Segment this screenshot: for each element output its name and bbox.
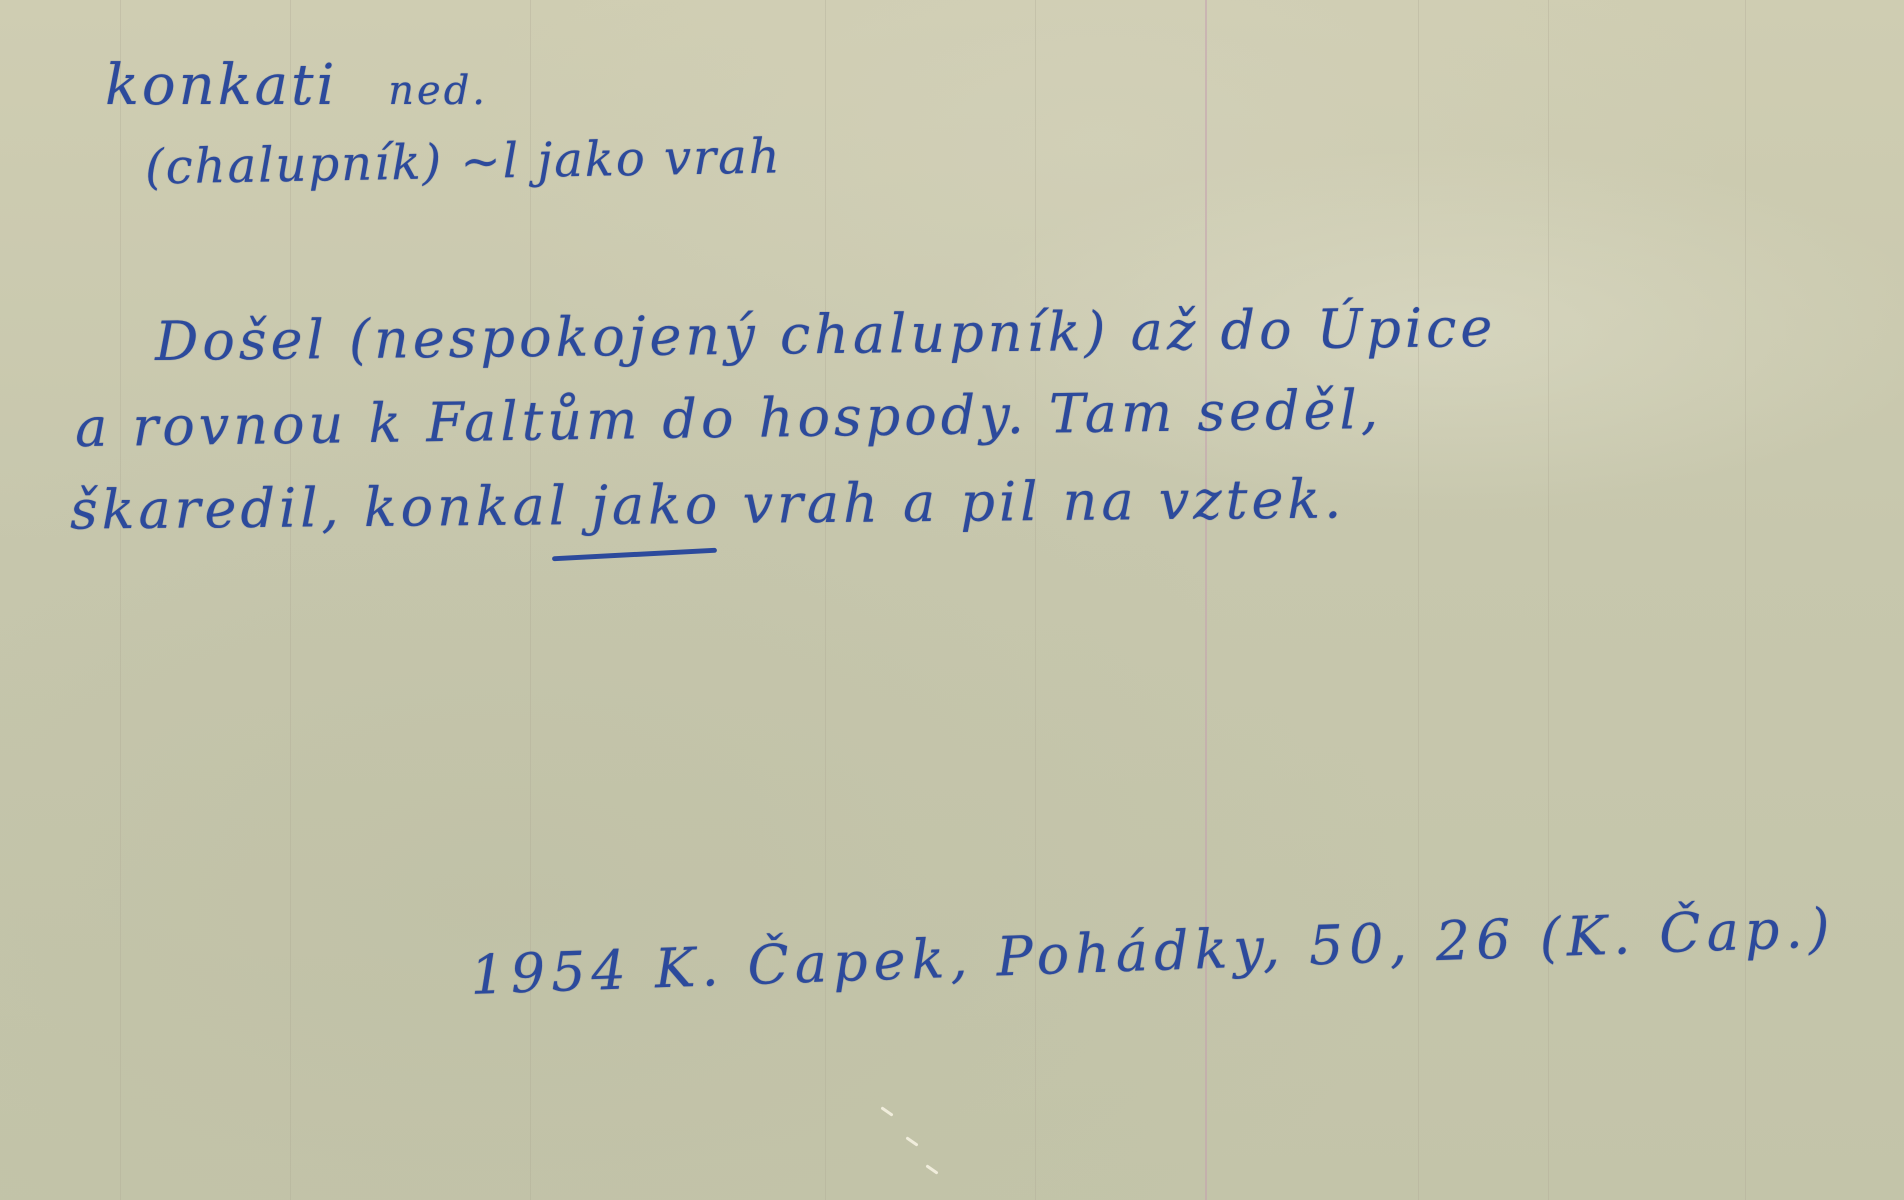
margin-line [1205, 0, 1207, 1200]
headword: konkati [105, 53, 337, 118]
example-line-3: škaredil, konkal jako vrah a pil na vzte… [70, 472, 1346, 537]
example-text: jako vrah a pil na vztek. [591, 467, 1346, 537]
headword-line: konkati ned. [105, 58, 488, 114]
usage-line: (chalupník) ~l jako vrah [145, 132, 782, 191]
underlined-keyword: konkal [364, 474, 571, 539]
ruling-line [1035, 0, 1036, 1200]
example-text: škaredil, [70, 476, 343, 541]
grammar-label: ned. [388, 68, 488, 114]
ruling-line [1418, 0, 1419, 1200]
paper-crease [925, 1164, 938, 1174]
ruling-line [120, 0, 121, 1200]
paper-crease [880, 1106, 893, 1116]
paper-crease [905, 1136, 918, 1146]
example-line-1: Došel (nespokojený chalupník) až do Úpic… [155, 301, 1497, 369]
ruling-line [1745, 0, 1746, 1200]
ruling-line [1548, 0, 1549, 1200]
ruling-line [825, 0, 826, 1200]
